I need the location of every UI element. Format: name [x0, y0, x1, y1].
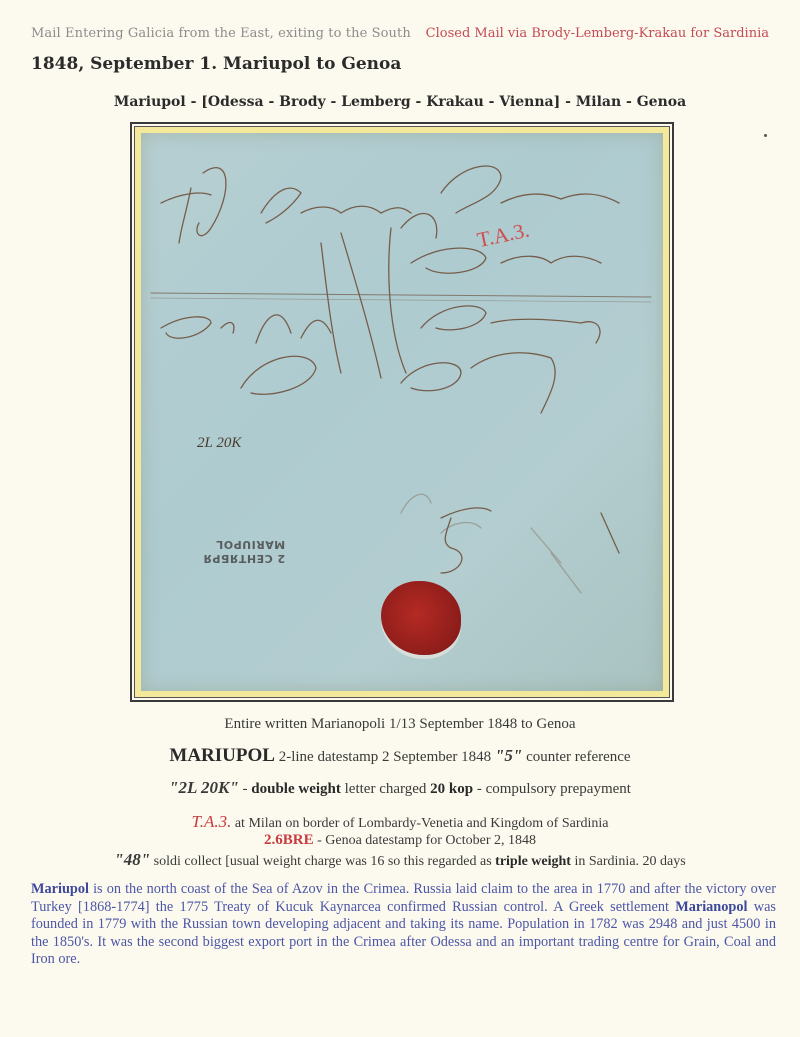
- caption-collect: "48" soldi collect [usual weight charge …: [0, 850, 800, 870]
- caption-entire: Entire written Marianopoli 1/13 Septembe…: [0, 716, 800, 733]
- caption-datestamp: MARIUPOL 2-line datestamp 2 September 18…: [0, 745, 800, 767]
- route-note: Closed Mail via Brody-Lemberg-Krakau for…: [426, 26, 769, 41]
- caption-text: - Genoa datestamp for October 2, 1848: [314, 833, 536, 848]
- caption-text: at Milan on border of Lombardy-Venetia a…: [231, 816, 608, 831]
- caption-text: in Sardinia. 20 days: [571, 854, 686, 869]
- ta3-marking-label: T.A.3.: [192, 812, 232, 831]
- caption-bold: triple weight: [495, 854, 571, 869]
- datestamp-line-2: 2 СЕНТЯБРЯ: [203, 551, 285, 565]
- postal-cover-image: T.A.3. 2L 20K 2 СЕНТЯБРЯ MARIUPOL: [141, 133, 663, 691]
- caption-text: soldi collect [usual weight charge was 1…: [150, 854, 495, 869]
- genoa-datestamp-label: 2.6BRE: [264, 832, 314, 848]
- weight-marking: "2L 20K": [169, 778, 239, 797]
- caption-genoa-datestamp: 2.6BRE - Genoa datestamp for October 2, …: [0, 832, 800, 849]
- caption-text: - compulsory prepayment: [473, 781, 631, 797]
- caption-text: letter charged: [341, 781, 430, 797]
- datestamp-line-1: MARIUPOL: [203, 537, 285, 551]
- cover-mat: T.A.3. 2L 20K 2 СЕНТЯБРЯ MARIUPOL: [134, 126, 670, 698]
- counter-marking: "5": [495, 746, 522, 765]
- caption-text: -: [239, 781, 252, 797]
- speck: [764, 134, 767, 137]
- collect-marking: "48": [114, 850, 150, 869]
- section-title: Mail Entering Galicia from the East, exi…: [31, 26, 411, 41]
- history-paragraph: Mariupol is on the north coast of the Se…: [31, 881, 776, 969]
- paragraph-bold: Mariupol: [31, 881, 89, 897]
- mariupol-datestamp: 2 СЕНТЯБРЯ MARIUPOL: [203, 537, 285, 565]
- caption-text: counter reference: [522, 749, 630, 765]
- caption-text: 2-line datestamp 2 September 1848: [275, 749, 495, 765]
- caption-ta3: T.A.3. at Milan on border of Lombardy-Ve…: [0, 812, 800, 832]
- paragraph-text: is on the north coast of the Sea of Azov…: [31, 881, 776, 915]
- page-title: 1848, September 1. Mariupol to Genoa: [31, 54, 401, 74]
- caption-bold: 20 kop: [430, 781, 473, 797]
- caption-weight: "2L 20K" - double weight letter charged …: [0, 778, 800, 798]
- caption-bold: double weight: [251, 781, 341, 797]
- postal-route: Mariupol - [Odessa - Brody - Lemberg - K…: [0, 94, 800, 110]
- weight-notation: 2L 20K: [197, 435, 241, 452]
- paragraph-bold: Marianopol: [675, 899, 747, 915]
- datestamp-name: MARIUPOL: [169, 745, 275, 766]
- cover-frame: T.A.3. 2L 20K 2 СЕНТЯБРЯ MARIUPOL: [130, 122, 674, 702]
